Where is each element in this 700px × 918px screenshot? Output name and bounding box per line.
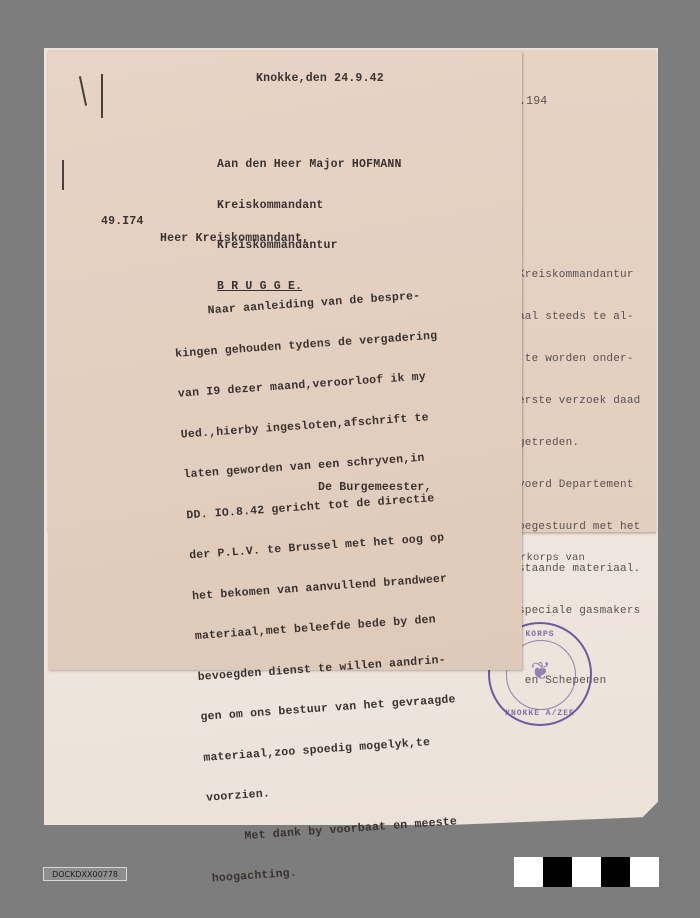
- scale-bar-cell: [572, 857, 601, 887]
- reference-number: 49.I74: [101, 215, 144, 229]
- underlying-line: aal steeds te al-: [518, 310, 640, 324]
- salutation: Heer Kreiskommandant,: [160, 232, 309, 246]
- body-line: gen om ons bestuur van het gevraagde: [200, 693, 463, 725]
- body-line: hoogachting.: [211, 854, 474, 886]
- body-line: het bekomen van aanvullend brandweer: [192, 571, 455, 603]
- scale-bar-cell: [601, 857, 630, 887]
- year-prefix: .194: [519, 95, 547, 109]
- catalog-id-label: DOCKDXX00778: [43, 867, 127, 881]
- stamp-emblem-icon: ❦: [520, 652, 560, 692]
- body-line: laten geworden van een schryven,in: [183, 450, 446, 482]
- stamp-bottom-text: KNOKKE A/ZEE: [490, 709, 590, 718]
- body-line: materiaal,met beleefde bede by den: [194, 612, 457, 644]
- underlying-line: getreden.: [518, 436, 640, 450]
- scale-bar-cell: [630, 857, 659, 887]
- scale-bar: [514, 857, 659, 887]
- staple-mark: [101, 74, 103, 118]
- body-line: DD. IO.8.42 gericht tot de directie: [186, 491, 449, 523]
- body-line: bevoegden dienst te willen aandrin-: [197, 652, 460, 684]
- body-line: der P.L.V. te Brussel met het oog op: [189, 531, 452, 563]
- body-line: Met dank by voorbaat en meeste: [209, 814, 472, 846]
- letter-body: Naar aanleiding van de bespre- kingen ge…: [170, 262, 475, 900]
- scale-bar-cell: [514, 857, 543, 887]
- body-line: voorzien.: [206, 773, 469, 805]
- signature-line: De Burgemeester,: [318, 481, 432, 495]
- body-line: kingen gehouden tydens de vergadering: [175, 329, 438, 361]
- scale-bar-cell: [543, 857, 572, 887]
- body-line: Naar aanleiding van de bespre-: [172, 289, 435, 321]
- underlying-line: oegestuurd met het: [518, 520, 640, 534]
- body-line: Ued.,hierby ingesloten,afschrift te: [180, 410, 443, 442]
- underlying-fragment: rkorps van: [520, 552, 585, 566]
- underlying-line: erste verzoek daad: [518, 394, 640, 408]
- addressee-line: Kreiskommandant: [217, 199, 402, 213]
- underlying-line: Kreiskommandantur: [518, 268, 640, 282]
- underlying-line: te worden onder-: [518, 352, 640, 366]
- body-line: van I9 dezer maand,veroorloof ik my: [178, 369, 441, 401]
- underlying-line: voerd Departement: [518, 478, 640, 492]
- body-line: materiaal,zoo spoedig mogelyk,te: [203, 733, 466, 765]
- place-date: Knokke,den 24.9.42: [256, 72, 384, 86]
- staple-mark: [62, 160, 64, 190]
- addressee-line: Aan den Heer Major HOFMANN: [217, 158, 402, 172]
- underlying-line: speciale gasmakers: [518, 604, 640, 618]
